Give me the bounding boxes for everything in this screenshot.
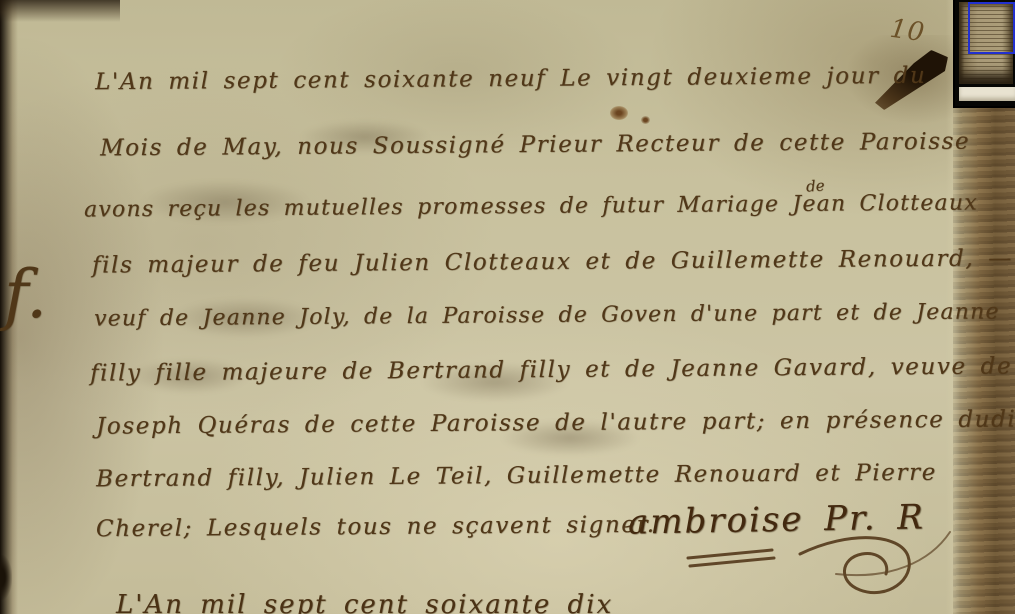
manuscript-line: Cherel; Lesquels tous ne sçavent signer. bbox=[96, 512, 656, 543]
ink-stain bbox=[641, 116, 650, 124]
navigator-viewport-rect[interactable] bbox=[968, 2, 1015, 54]
manuscript-line: fils majeur de feu Julien Clotteaux et d… bbox=[92, 245, 1013, 279]
navigator-thumbnail[interactable] bbox=[953, 0, 1015, 108]
manuscript-line: Mois de May, nous Soussigné Prieur Recte… bbox=[100, 129, 970, 162]
manuscript-line: Bertrand filly, Julien Le Teil, Guilleme… bbox=[96, 460, 937, 493]
manuscript-line: filly fille majeure de Bertrand filly et… bbox=[90, 353, 1012, 387]
signature-flourish bbox=[650, 528, 1010, 608]
top-edge-shadow bbox=[0, 0, 120, 22]
folio-number: 10 bbox=[888, 14, 927, 49]
manuscript-line: Joseph Quéras de cette Paroisse de l'aut… bbox=[96, 406, 1015, 440]
ink-stain bbox=[610, 106, 628, 120]
manuscript-line: L'An mil sept cent soixante neuf Le ving… bbox=[95, 63, 927, 96]
next-record-partial-line: L'An mil sept cent soixante dix bbox=[116, 590, 613, 614]
left-edge-ink-blot bbox=[0, 555, 12, 600]
interline-insertion: de bbox=[805, 176, 825, 195]
margin-mark: f. bbox=[4, 262, 47, 328]
document-canvas[interactable]: 10 f. L'An mil sept cent soixante neuf L… bbox=[0, 0, 1015, 614]
navigator-table-strip bbox=[959, 87, 1015, 101]
